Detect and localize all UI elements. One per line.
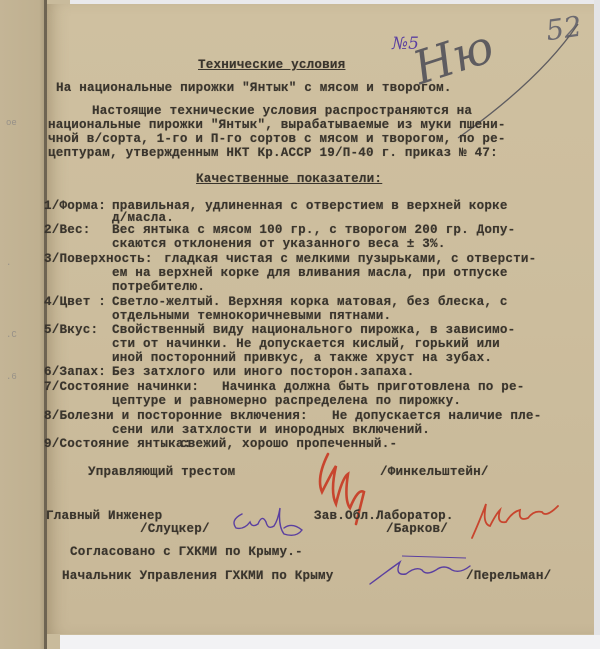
indicator-text: гладкая чистая с мелкими пузырьками, с о… xyxy=(164,252,536,266)
intro-line: чной в/сорта, 1-го и П-го сортов с мясом… xyxy=(48,132,506,146)
indicator-text: сти от начинки. Не допускается кислый, г… xyxy=(112,337,500,351)
signatory-name: /Барков/ xyxy=(386,522,448,536)
indicator-number: 9/ xyxy=(44,437,60,451)
violet-ink-signature-3 xyxy=(366,552,476,588)
signatory-name: /Слуцкер/ xyxy=(140,522,210,536)
indicator-label: Состояние янтыка: xyxy=(60,437,192,451)
intro-line: национальные пирожки "Янтык", вырабатыва… xyxy=(48,118,506,132)
indicator-label: Поверхность: xyxy=(60,252,153,266)
title-annotation: №5 xyxy=(392,34,419,54)
indicator-number: 6/ xyxy=(44,365,60,379)
signatory-position: Зав.Обл.Лаборатор. xyxy=(314,509,454,523)
intro-line: Настоящие технические условия распростра… xyxy=(92,104,472,118)
indicator-text: скаются отклонения от указанного веса ± … xyxy=(112,237,446,251)
indicator-text: Свойственный виду национального пирожка,… xyxy=(112,323,515,337)
indicator-text: иной посторонний привкус, а также хруст … xyxy=(112,351,492,365)
indicator-text: Светло-желтый. Верхняя корка матовая, бе… xyxy=(112,295,508,309)
scan-background-right xyxy=(594,0,600,649)
bleed-through-text: ое xyxy=(6,118,17,128)
bleed-through-text: .6 xyxy=(6,372,17,382)
indicator-number: 8/ xyxy=(44,409,60,423)
bleed-through-text: .С xyxy=(6,330,17,340)
section-heading: Качественные показатели: xyxy=(196,172,382,186)
bleed-through-text: . xyxy=(6,258,11,268)
red-pencil-signature-2 xyxy=(462,490,572,542)
indicator-number: 7/ xyxy=(44,380,60,394)
signatory-name: /Финкельштейн/ xyxy=(380,465,489,479)
indicator-number: 5/ xyxy=(44,323,60,337)
signatory-position: Главный Инженер xyxy=(46,509,162,523)
approval-name: /Перельман/ xyxy=(466,569,551,583)
indicator-text: Вес янтыка с мясом 100 гр., с творогом 2… xyxy=(112,223,515,237)
indicator-text: сени или затхлости и инородных включений… xyxy=(112,423,430,437)
scan-background-bottom xyxy=(60,635,600,649)
indicator-label: Форма: xyxy=(60,199,107,213)
indicator-label: Болезни и посторонние включения: xyxy=(60,409,308,423)
indicator-text: потребителю. xyxy=(112,280,205,294)
indicator-number: 3/ xyxy=(44,252,60,266)
indicator-text: цептуре и равномерно распределена по пир… xyxy=(112,394,461,408)
indicator-label: Запах: xyxy=(60,365,107,379)
approval-position: Начальник Управления ГХКМИ по Крыму xyxy=(62,569,334,583)
indicator-number: 4/ xyxy=(44,295,60,309)
indicator-label: Цвет : xyxy=(60,295,107,309)
indicator-number: 2/ xyxy=(44,223,60,237)
indicator-label: Вес: xyxy=(60,223,91,237)
approval-line: Согласовано с ГХКМИ по Крыму.- xyxy=(70,545,303,559)
indicator-text: отдельными темнокоричневыми пятнами. xyxy=(112,309,391,323)
indicator-label: Вкус: xyxy=(60,323,99,337)
indicator-label: Состояние начинки: xyxy=(60,380,200,394)
adjacent-page-edge: ое . .С .6 xyxy=(0,0,46,649)
indicator-text: ем на верхней корке для вливания масла, … xyxy=(112,266,508,280)
indicator-text: Не допускается наличие пле- xyxy=(332,409,541,423)
indicator-text: Без затхлого или иного посторон.запаха. xyxy=(112,365,415,379)
violet-ink-signature xyxy=(226,500,316,540)
document-title: Технические условия xyxy=(198,58,345,72)
intro-line: цептурам, утвержденным НКТ Кр.АССР 19/П-… xyxy=(48,146,498,160)
signatory-position: Управляющий трестом xyxy=(88,465,235,479)
indicator-number: 1/ xyxy=(44,199,60,213)
indicator-text: Начинка должна быть приготовлена по ре- xyxy=(222,380,525,394)
document-subtitle: На национальные пирожки "Янтык" с мясом … xyxy=(56,81,452,95)
